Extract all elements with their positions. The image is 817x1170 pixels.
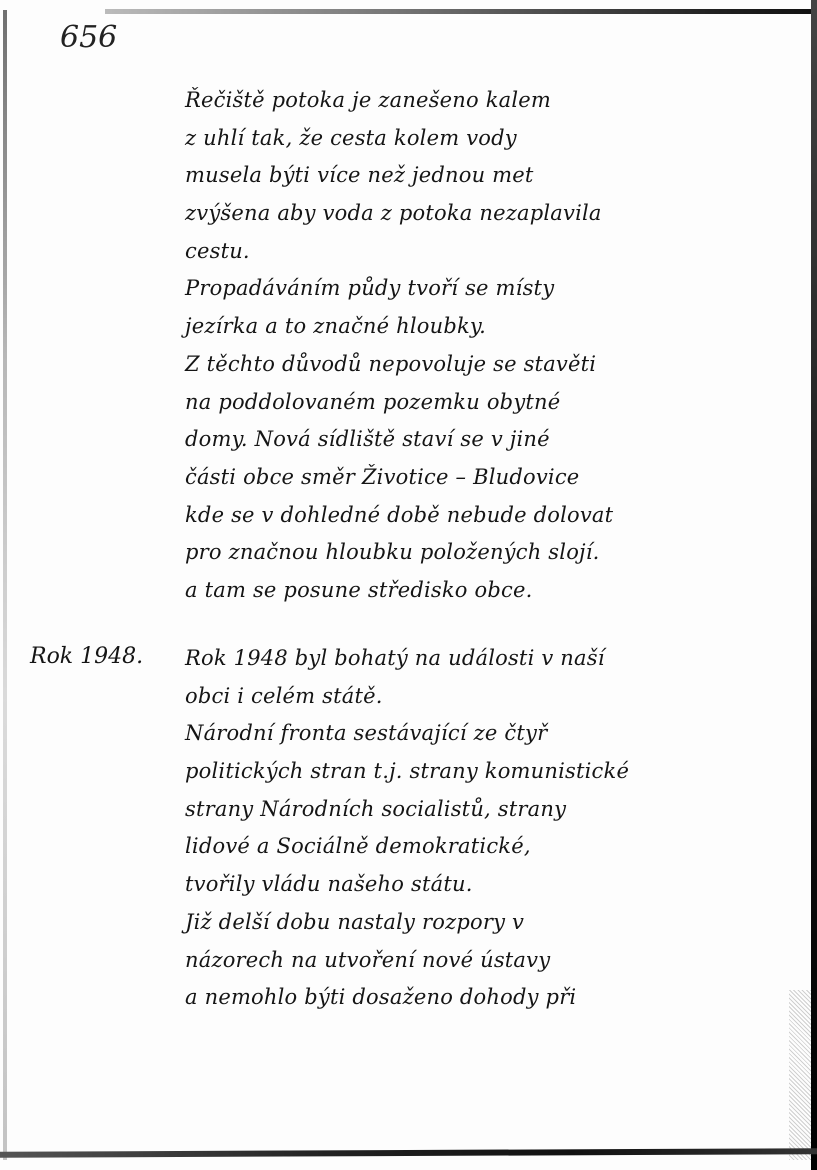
scan-right-edge bbox=[811, 0, 817, 1170]
scan-bottom-edge bbox=[0, 1148, 817, 1158]
text-line: cestu. bbox=[185, 233, 805, 271]
section-2-text: Rok 1948 byl bohatý na události v naší o… bbox=[185, 640, 805, 1017]
text-line: tvořily vládu našeho státu. bbox=[185, 866, 805, 904]
margin-year-note: Rok 1948. bbox=[30, 644, 143, 669]
text-line: kde se v dohledné době nebude dolovat bbox=[185, 497, 805, 535]
scan-top-edge bbox=[105, 9, 817, 14]
text-line: části obce směr Životice – Bludovice bbox=[185, 459, 805, 497]
text-line: na poddolovaném pozemku obytné bbox=[185, 384, 805, 422]
text-line: názorech na utvoření nové ústavy bbox=[185, 942, 805, 980]
text-line: jezírka a to značné hloubky. bbox=[185, 308, 805, 346]
text-line: Již delší dobu nastaly rozpory v bbox=[185, 904, 805, 942]
page-number: 656 bbox=[60, 20, 117, 55]
text-line: zvýšena aby voda z potoka nezaplavila bbox=[185, 195, 805, 233]
text-line: obci i celém státě. bbox=[185, 678, 805, 716]
text-line: a tam se posune středisko obce. bbox=[185, 572, 805, 610]
text-line: strany Národních socialistů, strany bbox=[185, 791, 805, 829]
text-line: musela býti více než jednou met bbox=[185, 157, 805, 195]
text-line: politických stran t.j. strany komunistic… bbox=[185, 753, 805, 791]
text-line: domy. Nová sídliště staví se v jiné bbox=[185, 421, 805, 459]
text-line: Řečiště potoka je zanešeno kalem bbox=[185, 82, 805, 120]
text-line: Propadáváním půdy tvoří se místy bbox=[185, 270, 805, 308]
text-line: pro značnou hloubku položených slojí. bbox=[185, 534, 805, 572]
text-line: Rok 1948 byl bohatý na události v naší bbox=[185, 640, 805, 678]
text-line: Národní fronta sestávající ze čtyř bbox=[185, 715, 805, 753]
section-1-text: Řečiště potoka je zanešeno kalem z uhlí … bbox=[185, 82, 805, 610]
scanned-page: 656 Řečiště potoka je zanešeno kalem z u… bbox=[0, 0, 817, 1170]
text-line: a nemohlo býti dosaženo dohody při bbox=[185, 979, 805, 1017]
text-line: z uhlí tak, že cesta kolem vody bbox=[185, 120, 805, 158]
text-line: Z těchto důvodů nepovoluje se stavěti bbox=[185, 346, 805, 384]
scan-left-edge bbox=[3, 10, 7, 1160]
text-line: lidové a Sociálně demokratické, bbox=[185, 828, 805, 866]
